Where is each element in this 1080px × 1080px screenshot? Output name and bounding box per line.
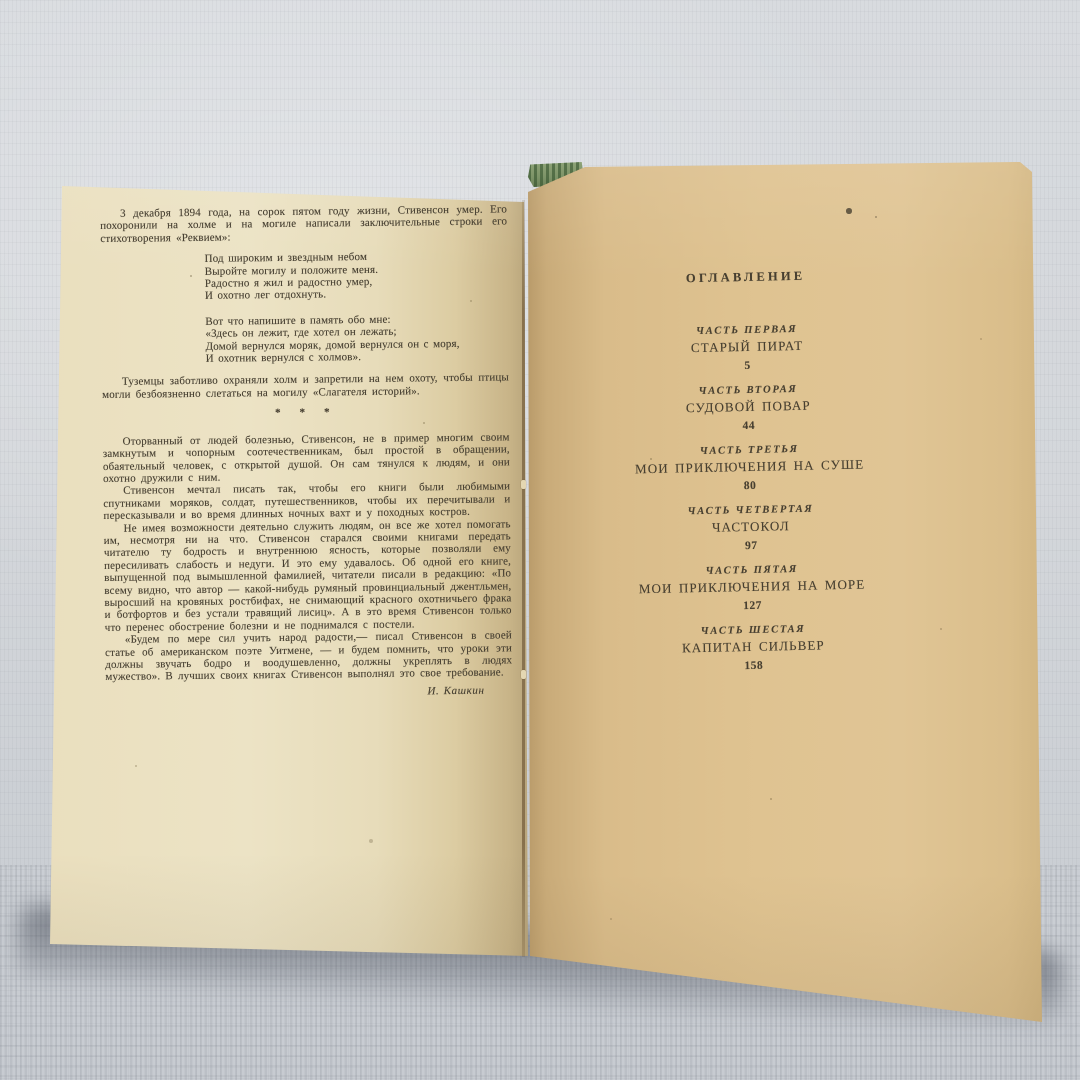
afterword-paragraph: Туземцы заботливо охраняли холм и запрет… xyxy=(102,372,509,401)
toc-title: ЧАСТОКОЛ xyxy=(598,516,903,538)
afterword-paragraph: Оторванный от людей болезнью, Стивенсон,… xyxy=(103,431,511,485)
toc-entry: ЧАСТЬ ПЯТАЯ МОИ ПРИКЛЮЧЕНИЯ НА МОРЕ 127 xyxy=(599,562,905,615)
table-of-contents: ОГЛАВЛЕНИЕ ЧАСТЬ ПЕРВАЯ СТАРЫЙ ПИРАТ 5 Ч… xyxy=(593,267,907,688)
toc-title: МОИ ПРИКЛЮЧЕНИЯ НА МОРЕ xyxy=(600,576,905,598)
book-gutter-seam xyxy=(522,200,525,957)
toc-entry: ЧАСТЬ ПЕРВАЯ СТАРЫЙ ПИРАТ 5 xyxy=(594,322,900,375)
afterword-paragraph: Не имея возможности деятельно служить лю… xyxy=(104,518,512,634)
afterword-paragraph: «Будем по мере сил учить народ радости,—… xyxy=(105,630,513,684)
section-separator: * * * xyxy=(102,405,509,422)
poem-line: И охотно лег отдохнуть. xyxy=(205,287,508,303)
afterword-paragraph: 3 декабря 1894 года, на сорок пятом году… xyxy=(100,203,507,245)
binding-stitch xyxy=(521,670,526,679)
left-page-text: 3 декабря 1894 года, на сорок пятом году… xyxy=(100,203,513,701)
toc-entries: ЧАСТЬ ПЕРВАЯ СТАРЫЙ ПИРАТ 5 ЧАСТЬ ВТОРАЯ… xyxy=(594,322,906,675)
poem-stanza-2: Вот что напишите в память обо мне: «Здес… xyxy=(205,312,509,365)
poem-stanza-1: Под широким и звездным небом Выройте мог… xyxy=(205,250,509,303)
toc-entry: ЧАСТЬ ШЕСТАЯ КАПИТАН СИЛЬВЕР 158 xyxy=(600,622,906,675)
toc-title: СУДОВОЙ ПОВАР xyxy=(596,396,901,418)
toc-page-number: 5 xyxy=(595,357,900,375)
toc-page-number: 97 xyxy=(599,537,904,555)
toc-title: КАПИТАН СИЛЬВЕР xyxy=(601,636,906,658)
afterword-paragraph: Стивенсон мечтал писать так, чтобы его к… xyxy=(103,481,510,523)
toc-page-number: 158 xyxy=(601,657,906,675)
poem-line: И охотник вернулся с холмов». xyxy=(206,349,509,365)
toc-title: СТАРЫЙ ПИРАТ xyxy=(594,336,899,358)
toc-page-number: 127 xyxy=(600,597,905,615)
binding-stitch xyxy=(521,480,526,489)
toc-title: МОИ ПРИКЛЮЧЕНИЯ НА СУШЕ xyxy=(597,456,902,478)
toc-page-number: 44 xyxy=(596,417,901,435)
toc-page-number: 80 xyxy=(597,477,902,495)
book-photo-scene: 3 декабря 1894 года, на сорок пятом году… xyxy=(0,0,1080,1080)
toc-entry: ЧАСТЬ ВТОРАЯ СУДОВОЙ ПОВАР 44 xyxy=(595,382,901,435)
toc-entry: ЧАСТЬ ЧЕТВЕРТАЯ ЧАСТОКОЛ 97 xyxy=(598,502,904,555)
toc-entry: ЧАСТЬ ТРЕТЬЯ МОИ ПРИКЛЮЧЕНИЯ НА СУШЕ 80 xyxy=(597,442,903,495)
